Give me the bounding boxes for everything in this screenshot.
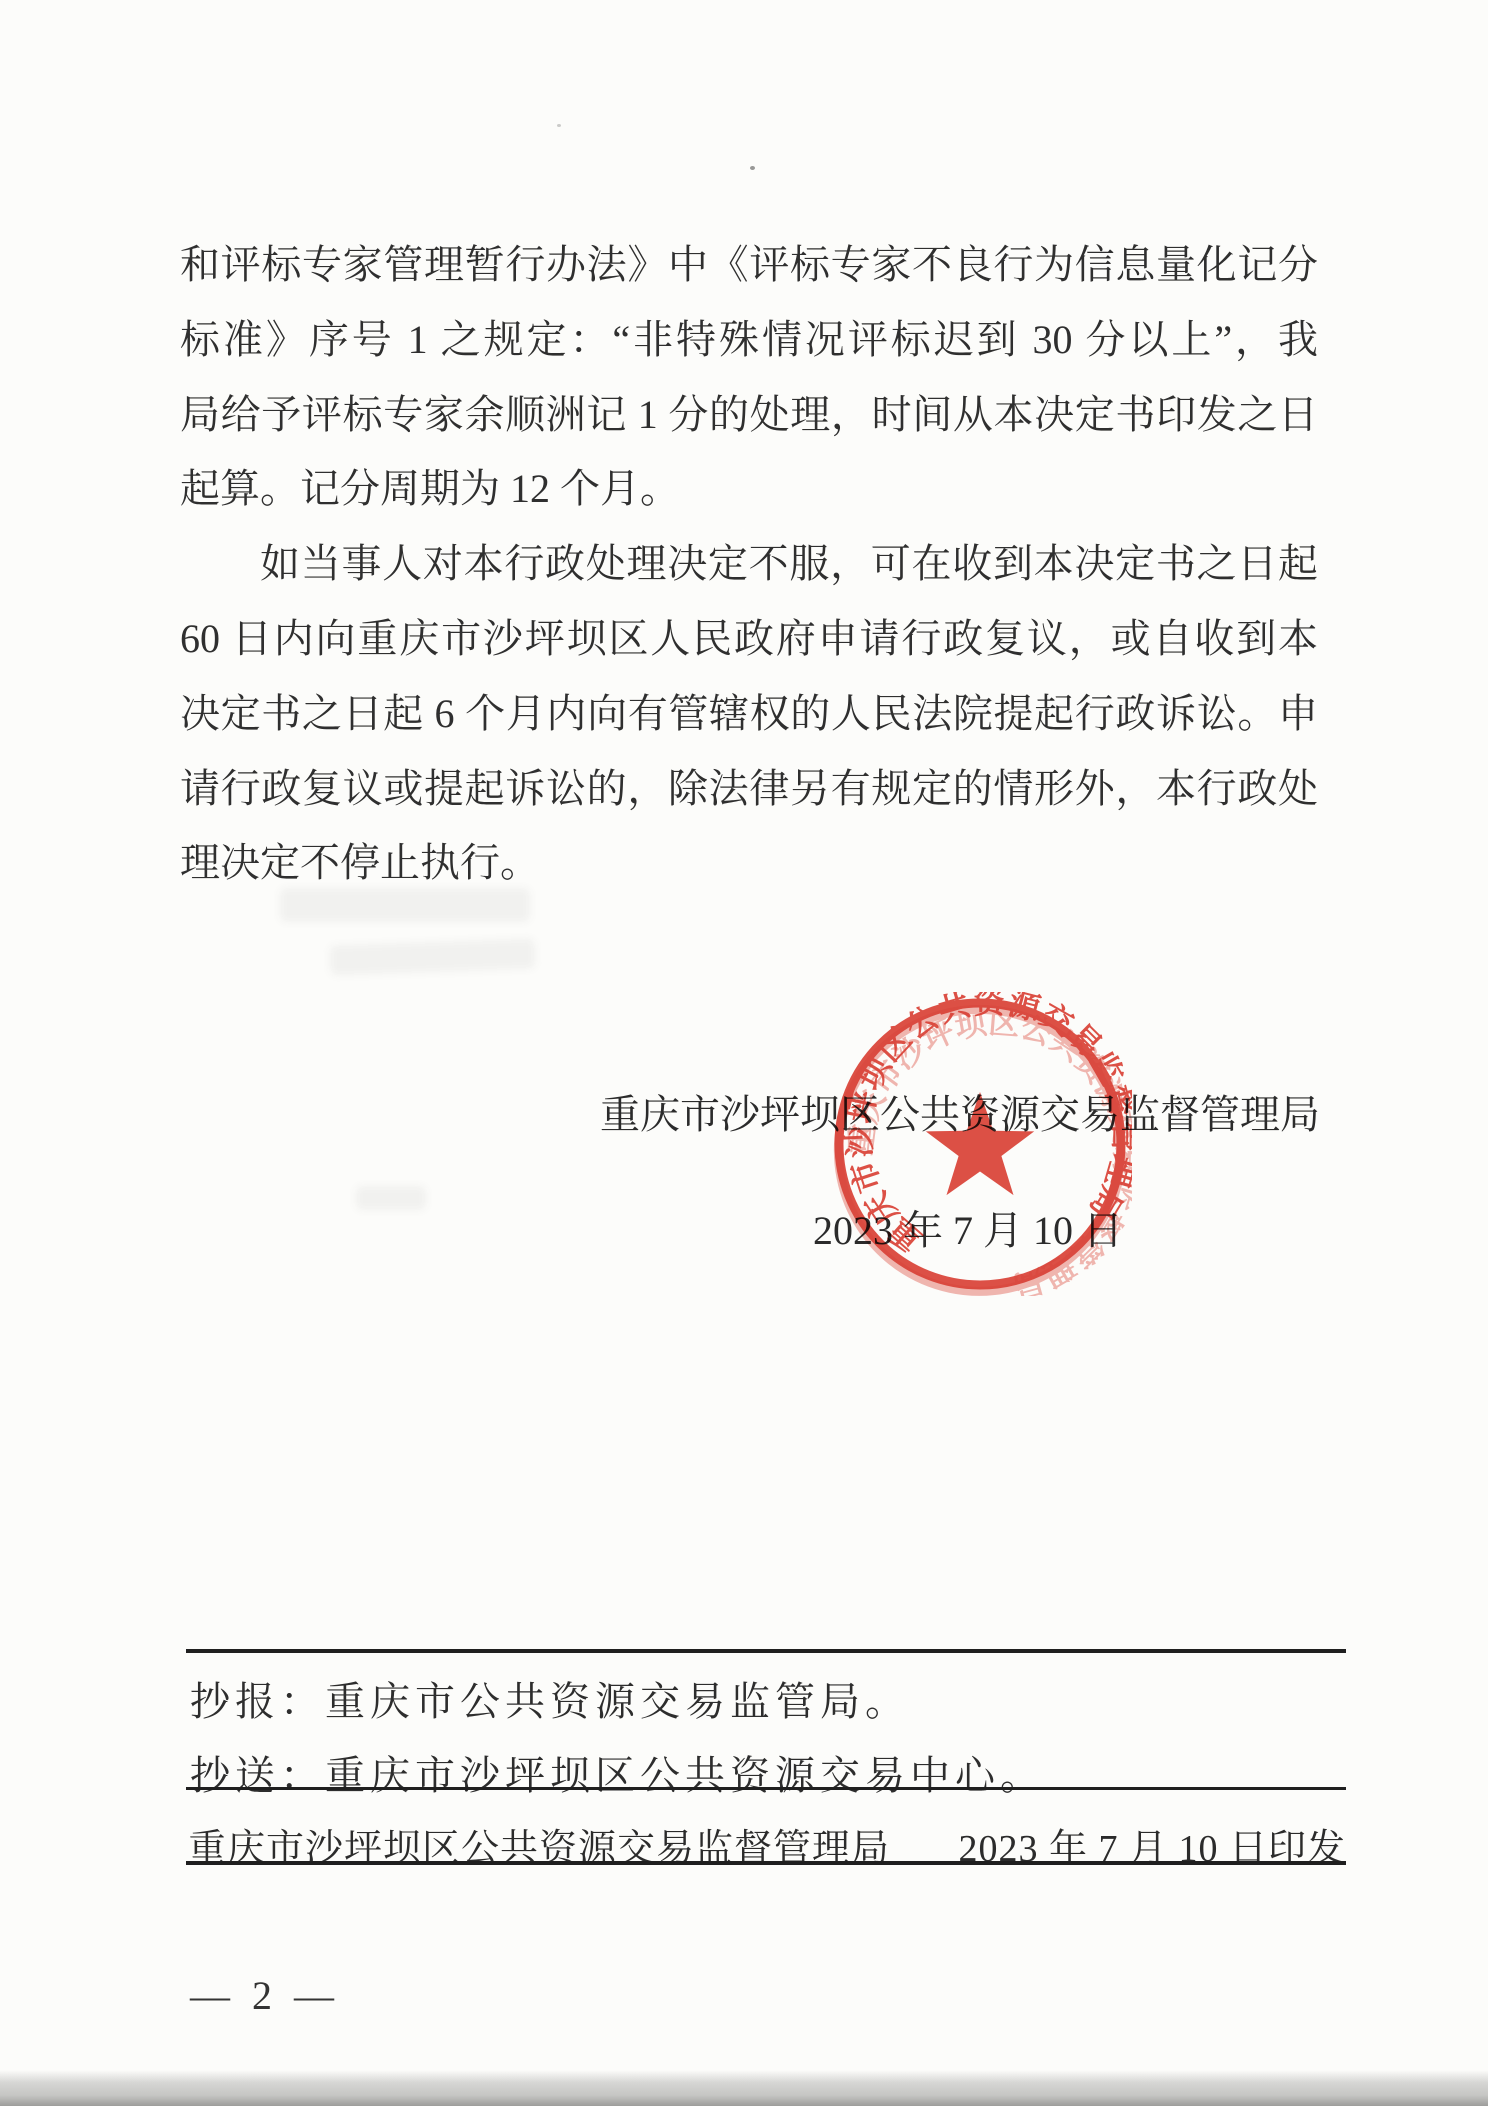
bleed-through-mark <box>356 1186 426 1210</box>
body-line: 标准》序号 1 之规定：“非特殊情况评标迟到 30 分以上”，我 <box>180 303 1318 378</box>
document-body: 和评标专家管理暂行办法》中《评标专家不良行为信息量化记分 标准》序号 1 之规定… <box>180 228 1318 901</box>
scan-speck <box>750 166 755 170</box>
scanned-document-page: 和评标专家管理暂行办法》中《评标专家不良行为信息量化记分 标准》序号 1 之规定… <box>0 0 1488 2106</box>
body-line: 请行政复议或提起诉讼的，除法律另有规定的情形外，本行政处 <box>180 752 1318 827</box>
body-line: 60 日内向重庆市沙坪坝区人民政府申请行政复议，或自收到本 <box>180 602 1318 677</box>
star-icon <box>926 1092 1034 1195</box>
body-line: 局给予评标专家余顺洲记 1 分的处理，时间从本决定书印发之日 <box>180 378 1318 453</box>
official-seal: 重庆市沙坪坝区公共资源交易监督管理局 重庆市沙坪坝区公共资源交易监督管理局 <box>828 992 1132 1296</box>
page-number: — 2 — <box>190 1972 340 2019</box>
cc-send-line: 抄送：重庆市沙坪坝区公共资源交易中心。 <box>190 1744 1045 1801</box>
body-line: 和评标专家管理暂行办法》中《评标专家不良行为信息量化记分 <box>180 228 1318 303</box>
scan-edge-shadow <box>0 2070 1488 2106</box>
body-line: 如当事人对本行政处理决定不服，可在收到本决定书之日起 <box>180 527 1318 602</box>
body-line: 理决定不停止执行。 <box>180 826 1318 901</box>
scan-speck <box>557 124 561 127</box>
footer-rule-middle <box>186 1787 1346 1790</box>
body-line: 决定书之日起 6 个月内向有管辖权的人民法院提起行政诉讼。申 <box>180 677 1318 752</box>
body-line: 起算。记分周期为 12 个月。 <box>180 452 1318 527</box>
bleed-through-mark <box>330 938 536 975</box>
footer-rule-top <box>186 1649 1346 1653</box>
footer-rule-bottom <box>186 1861 1346 1865</box>
cc-report-line: 抄报：重庆市公共资源交易监管局。 <box>190 1670 910 1727</box>
